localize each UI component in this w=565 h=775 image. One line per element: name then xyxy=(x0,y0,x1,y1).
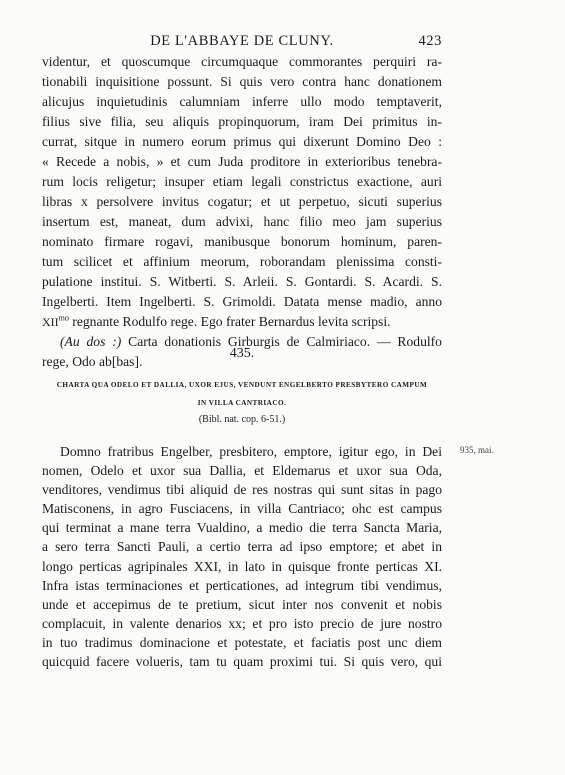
text-line: Infra istas terminaciones et pertication… xyxy=(42,576,442,595)
regnal-text: regnante Rodulfo rege. Ego frater Bernar… xyxy=(69,314,391,329)
text-line: currat, sitque in numero eorum primus qu… xyxy=(42,132,442,152)
text-line: unde et accepimus de te pretium, sicut i… xyxy=(42,595,442,614)
page-number: 423 xyxy=(418,33,442,50)
text-line: in tuo tradimus dominacione et potestate… xyxy=(42,633,442,652)
text-line: Matisconens, in agro Fusciacens, in vill… xyxy=(42,499,442,518)
text-line: Domno fratribus Engelber, presbitero, em… xyxy=(42,442,442,461)
text-line: quicquid facere volueris, tam tu quam pr… xyxy=(42,652,442,671)
text-line: nomen, Odelo et uxor sua Dallia, et Elde… xyxy=(42,461,442,480)
charter-number: 435. xyxy=(42,346,442,362)
text-line: venditores, vendimus tibi aliquid de res… xyxy=(42,480,442,499)
text-line: videntur, et quoscumque circumquaque com… xyxy=(42,52,442,72)
charter-heading-line-1: CHARTA QUA ODELO ET DALLIA, UXOR EJUS, V… xyxy=(42,376,442,394)
text-line: rum locis religetur; insuper etiam legal… xyxy=(42,172,442,192)
charter-text: Domno fratribus Engelber, presbitero, em… xyxy=(42,442,442,671)
text-line: tionabili inquisitione possunt. Si quis … xyxy=(42,72,442,92)
text-line: tum scilicet et affinium meorum, roboran… xyxy=(42,252,442,272)
text-line: complacuit, in valente denarios xx; et p… xyxy=(42,614,442,633)
previous-charter-text: videntur, et quoscumque circumquaque com… xyxy=(42,52,442,372)
running-title: DE L'ABBAYE DE CLUNY. xyxy=(42,33,442,50)
charter-source: (Bibl. nat. cop. 6-51.) xyxy=(42,414,442,425)
text-line: filius sive filia, seu aliquis propinquo… xyxy=(42,112,442,132)
text-line: alicujus inquietudinis calumniam inferre… xyxy=(42,92,442,112)
regnal-numeral: XII xyxy=(42,315,59,329)
text-line: nominato firmare rogavi, manibusque bono… xyxy=(42,232,442,252)
charter-heading: CHARTA QUA ODELO ET DALLIA, UXOR EJUS, V… xyxy=(42,376,442,412)
charter-heading-line-2: IN VILLA CANTRIACO. xyxy=(42,394,442,412)
text-line: a sero terra Sancti Pauli, a certio terr… xyxy=(42,537,442,556)
regnal-date-line: XIImo regnante Rodulfo rege. Ego frater … xyxy=(42,312,442,332)
book-page: DE L'ABBAYE DE CLUNY. 423 videntur, et q… xyxy=(0,0,565,775)
margin-date: 935, mai. xyxy=(460,445,494,455)
text-line: longo perticas agripinales XXI, in lato … xyxy=(42,557,442,576)
text-line: Ingelberti. Item Ingelberti. S. Grimoldi… xyxy=(42,292,442,312)
text-line: insertum est, maneat, dum advixi, hanc f… xyxy=(42,212,442,232)
text-line: « Recede a nobis, » et cum Juda proditor… xyxy=(42,152,442,172)
running-head: DE L'ABBAYE DE CLUNY. 423 xyxy=(42,33,442,53)
text-line: pulatione institui. S. Witberti. S. Arle… xyxy=(42,272,442,292)
regnal-superscript: mo xyxy=(59,313,69,322)
text-line: libras x persolvere invitus cogatur; et … xyxy=(42,192,442,212)
text-line: qui terminat a mane terra Vualdino, a me… xyxy=(42,518,442,537)
